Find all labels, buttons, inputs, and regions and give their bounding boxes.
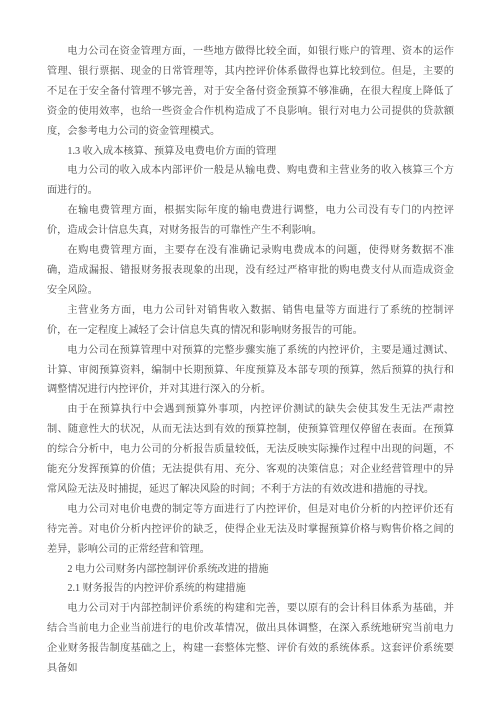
body-paragraph: 在输电费管理方面，根据实际年度的输电费进行调整，电力公司没有专门的内控评价，造成… xyxy=(47,201,454,241)
document-body: 电力公司在资金管理方面，一些地方做得比较全面，如银行账户的管理、资本的运作管理、… xyxy=(47,42,454,679)
body-paragraph: 电力公司对电价电费的制定等方面进行了内控评价，但是对电价分析的内控评价还有待完善… xyxy=(47,500,454,560)
body-paragraph: 电力公司对于内部控制评价系统的构建和完善，要以原有的会计科目体系为基础，并结合当… xyxy=(47,599,454,679)
section-heading: 2.1 财务报告的内控评价系统的构建措施 xyxy=(47,579,454,599)
section-heading: 2 电力公司财务内部控制评价系统改进的措施 xyxy=(47,560,454,580)
section-heading: 1.3 收入成本核算、预算及电费电价方面的管理 xyxy=(47,142,454,162)
body-paragraph: 电力公司的收入成本内部评价一般是从输电费、购电费和主营业务的收入核算三个方面进行… xyxy=(47,161,454,201)
body-paragraph: 由于在预算执行中会遇到预算外事项，内控评价测试的缺失会使其发生无法严肃控制、随意… xyxy=(47,400,454,500)
body-paragraph: 电力公司在资金管理方面，一些地方做得比较全面，如银行账户的管理、资本的运作管理、… xyxy=(47,42,454,142)
body-paragraph: 主营业务方面，电力公司针对销售收入数据、销售电量等方面进行了系统的控制评价，在一… xyxy=(47,301,454,341)
body-paragraph: 在购电费管理方面，主要存在没有准确记录购电费成本的问题，使得财务数据不准确，造成… xyxy=(47,241,454,301)
body-paragraph: 电力公司在预算管理中对预算的完整步骤实施了系统的内控评价，主要是通过测试、计算、… xyxy=(47,341,454,401)
document-page: 电力公司在资金管理方面，一些地方做得比较全面，如银行账户的管理、资本的运作管理、… xyxy=(0,0,500,707)
